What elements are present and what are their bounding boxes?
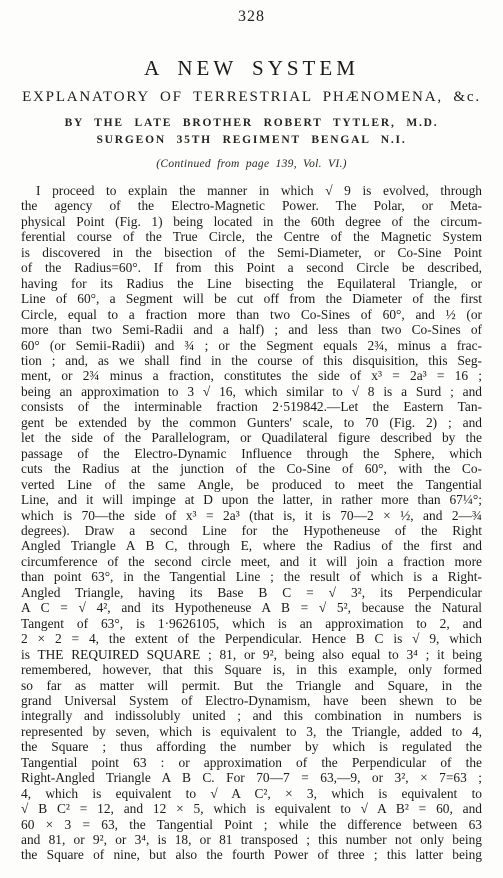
text-line: than point 63°, in the Tangential Line ;…: [21, 569, 482, 584]
text-line: having for its Radius the Line bisecting…: [21, 276, 482, 291]
text-line: represented by seven, which is equivalen…: [21, 724, 482, 739]
text-line: Line, and it will impinge at D upon the …: [21, 492, 482, 507]
text-line: so far as matter will permit. But the Tr…: [21, 678, 482, 693]
text-line: passage of the Electro-Dynamic Influence…: [21, 446, 482, 461]
text-line: A C = √ 4², and its Hypotheneuse A B = √…: [21, 600, 482, 615]
text-line: Angled Triangle A B C, through E, where …: [21, 538, 482, 553]
text-line: Tangent of 63°, is 1·9626105, which is a…: [21, 616, 482, 631]
text-line: 60° (or Semii-Radii) and ¾ ; or the Segm…: [21, 338, 482, 353]
text-line: consists of the interminable fraction 2·…: [21, 399, 482, 414]
body-text: I proceed to explain the manner in which…: [21, 183, 482, 863]
text-line: Angled Triangle, having its Base B C = √…: [21, 585, 482, 600]
text-line: the Square of nine, but also the fourth …: [21, 847, 482, 862]
text-line: the agency of the Electro-Magnetic Power…: [21, 198, 482, 213]
text-line: more than two Semi-Radii and a half) ; a…: [21, 322, 482, 337]
author-byline: BY THE LATE BROTHER ROBERT TYTLER, M.D.: [0, 117, 503, 129]
continuation-note: (Continued from page 139, Vol. VI.): [0, 158, 503, 170]
text-line: integrally and indissolubly united ; and…: [21, 708, 482, 723]
text-line: 60 × 3 = 63, the Tangential Point ; whil…: [21, 817, 482, 832]
author-byline-regiment: SURGEON 35TH REGIMENT BENGAL N.I.: [0, 134, 503, 146]
text-line: remembered, however, that this Square is…: [21, 662, 482, 677]
text-line: is discovered in the bisection of the Se…: [21, 245, 482, 260]
article-title: A NEW SYSTEM: [0, 56, 503, 81]
scanned-document-page: 328 A NEW SYSTEM EXPLANATORY OF TERRESTR…: [0, 0, 503, 878]
text-line: is THE REQUIRED SQUARE ; 81, or 9², bein…: [21, 647, 482, 662]
text-line: 4, which is equivalent to √ A C², × 3, w…: [21, 786, 482, 801]
text-line: Right-Angled Triangle A B C. For 70—7 = …: [21, 770, 482, 785]
text-line: physical Point (Fig. 1) being located in…: [21, 214, 482, 229]
text-line: Circle, equal to a fraction more than tw…: [21, 307, 482, 322]
text-line: Line of 60°, a Segment will be cut off f…: [21, 291, 482, 306]
text-line: gent be extended by the common Gunters' …: [21, 415, 482, 430]
text-line: verted Line of the same Angle, be produc…: [21, 477, 482, 492]
text-line: circumference of the second circle meet,…: [21, 554, 482, 569]
text-line: let the side of the Parallelogram, or Qu…: [21, 430, 482, 445]
text-line: ment, or 2¾ minus a fraction, constitute…: [21, 368, 482, 383]
article-subtitle: EXPLANATORY OF TERRESTRIAL PHÆNOMENA, &c…: [0, 89, 503, 106]
text-line: degrees). Draw a second Line for the Hyp…: [21, 523, 482, 538]
text-line: 2 × 2 = 4, the extent of the Perpendicul…: [21, 631, 482, 646]
text-line: cuts the Radius at the junction of the C…: [21, 461, 482, 476]
text-line: and 81, or 9², or 3⁴, is 18, or 81 trans…: [21, 832, 482, 847]
text-line: grand Universal System of Electro-Dynami…: [21, 693, 482, 708]
text-line: being an approximation to 3 √ 16, which …: [21, 384, 482, 399]
text-line: of the Radius=60°. If from this Point a …: [21, 260, 482, 275]
page-number: 328: [0, 8, 503, 26]
text-line: which is 70—the side of x³ = 2a³ (that i…: [21, 508, 482, 523]
text-line: the Square ; thus affording the number b…: [21, 739, 482, 754]
text-line: Tangential point 63 : or approximation o…: [21, 755, 482, 770]
text-line: tion ; and, as we shall find in the cour…: [21, 353, 482, 368]
text-line: √ B C² = 12, and 12 × 5, which is equiva…: [21, 801, 482, 816]
text-line: ferential course of the True Circle, the…: [21, 229, 482, 244]
text-line: I proceed to explain the manner in which…: [21, 183, 482, 198]
